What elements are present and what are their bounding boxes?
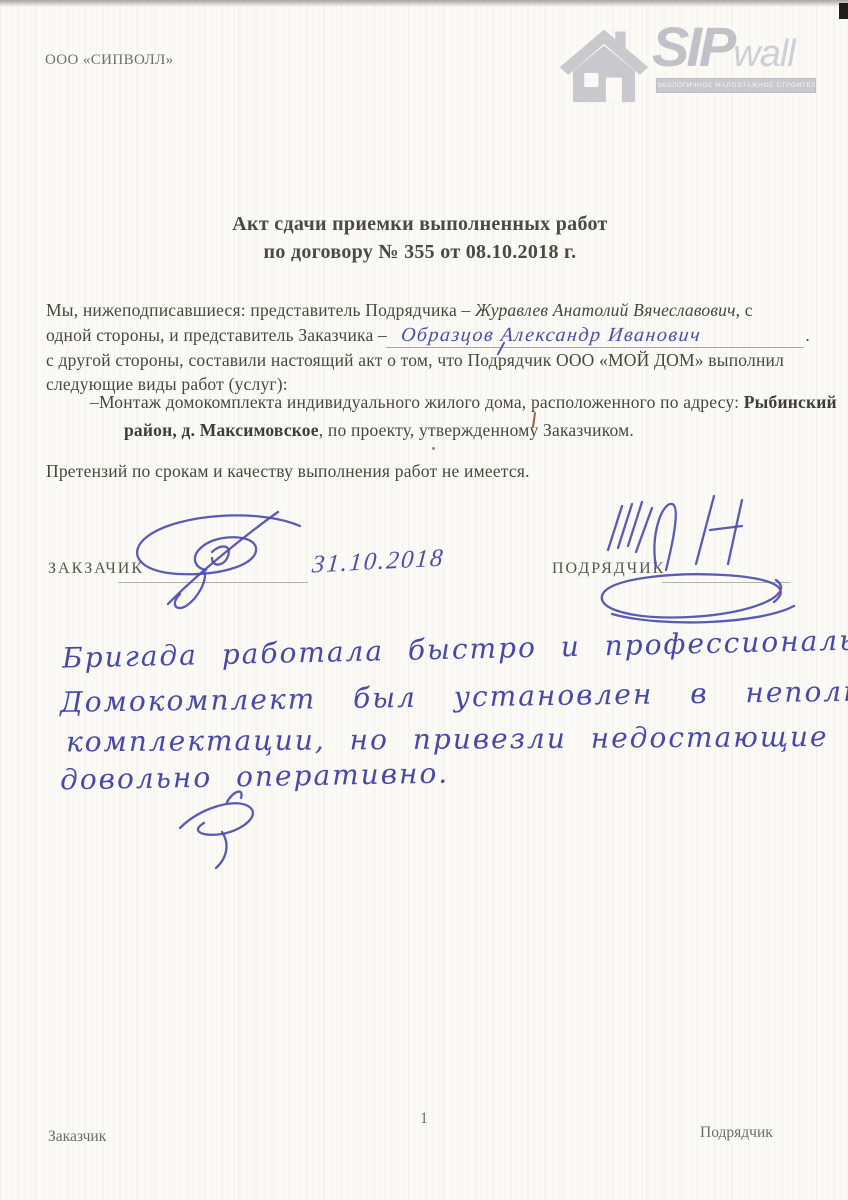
scanned-document-page: ООО «СИПВОЛЛ» SIPwall ЭКОЛОГИЧНОЕ МАЛОЭТ… (0, 0, 848, 1200)
logo-wordmark: SIPwall (652, 14, 795, 79)
body-text: одной стороны, и представитель Заказчика… (46, 325, 387, 346)
body-line-2: одной стороны, и представитель Заказчика… (46, 324, 810, 348)
title-line-1: Акт сдачи приемки выполненных работ (0, 210, 840, 238)
bullet-text-b: , по проекту, утвержденному Заказчиком. (319, 420, 634, 440)
address-bold: Рыбинский (744, 392, 837, 412)
body-text: Мы, нижеподписавшиеся: представитель Под… (46, 300, 475, 320)
customer-signature (108, 506, 320, 612)
company-name: ООО «СИПВОЛЛ» (45, 52, 174, 69)
logo-wall-text: wall (733, 33, 794, 75)
contractor-representative-name: Журавлев Анатолий Вячеславович (475, 300, 736, 320)
bullet-text-a: Монтаж домокомплекта индивидуального жил… (99, 392, 744, 412)
sipwall-logo: SIPwall ЭКОЛОГИЧНОЕ МАЛОЭТАЖНОЕ СТРОИТЕЛ… (556, 24, 816, 108)
bullet-line-2: район, д. Максимовское, по проекту, утве… (124, 420, 848, 441)
bullet-text: Монтаж домокомплекта индивидуального жил… (99, 392, 837, 413)
document-title: Акт сдачи приемки выполненных работ по д… (0, 210, 840, 266)
body-line-1: Мы, нижеподписавшиеся: представитель Под… (46, 300, 810, 321)
bullet-line-1: – Монтаж домокомплекта индивидуального ж… (46, 392, 810, 413)
claims-line: Претензий по срокам и качеству выполнени… (46, 461, 810, 482)
scan-dot-artifact (432, 447, 435, 450)
bullet-dash: – (46, 392, 99, 413)
note-line-2: Домокомплект был установлен в неполной (60, 674, 848, 719)
scan-edge-artifact (0, 0, 848, 7)
footer-contractor-label: Подрядчик (700, 1124, 773, 1142)
footer-customer-label: Заказчик (48, 1128, 106, 1146)
logo-tagline: ЭКОЛОГИЧНОЕ МАЛОЭТАЖНОЕ СТРОИТЕЛЬСТВО (656, 78, 816, 93)
contractor-signature (578, 488, 808, 628)
customer-representative-name-handwritten: Образцов Александр Иванович (386, 324, 807, 348)
address-bold-2: район, д. Максимовское (124, 420, 319, 440)
scan-corner-artifact (839, 3, 848, 19)
customer-signature-date: 31.10.2018 (311, 544, 446, 579)
body-line-3: с другой стороны, составили настоящий ак… (46, 350, 810, 371)
note-line-1: Бригада работала быстро и профессиональн… (62, 622, 848, 674)
logo-sip-text: SIP (652, 15, 733, 78)
title-line-2: по договору № 355 от 08.10.2018 г. (0, 238, 840, 266)
house-icon (556, 24, 652, 104)
note-signature (172, 782, 276, 868)
note-line-3: комплектации, но привезли недостающие эл… (66, 719, 848, 759)
body-text: , с (736, 300, 753, 320)
